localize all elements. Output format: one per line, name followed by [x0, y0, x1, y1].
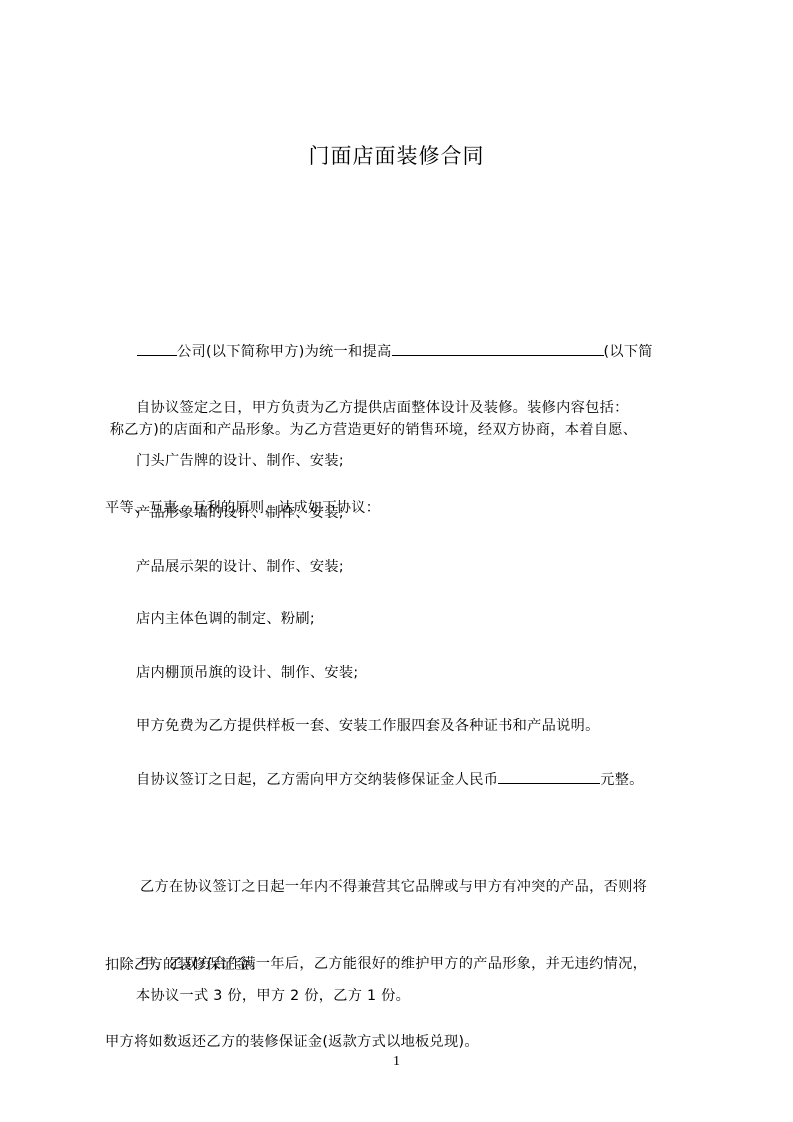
deposit-suffix: 元整。: [600, 772, 643, 788]
intro-line-1-suffix: (以下简: [604, 344, 653, 360]
clause-copies: 本协议一式 3 份，甲方 2 份，乙方 1 份。: [136, 983, 736, 1009]
company-name-blank: [137, 341, 177, 356]
intro-paragraph: 公司(以下简称甲方)为统一和提高(以下简 称乙方)的店面和产品形象。为乙方营造更…: [105, 287, 705, 573]
clause-deposit: 自协议签订之日起，乙方需向甲方交纳装修保证金人民币元整。: [136, 767, 736, 793]
clause-signboard: 门头广告牌的设计、制作、安装;: [136, 448, 736, 474]
document-title: 门面店面装修合同: [0, 141, 793, 171]
refund-line-2: 甲方将如数返还乙方的装修保证金(返款方式以地板兑现)。: [105, 1029, 705, 1055]
clause-color-paint: 店内主体色调的制定、粉刷;: [136, 606, 736, 632]
refund-line-1: 甲、乙双方合作满一年后，乙方能很好的维护甲方的产品形象，并无违约情况，: [105, 951, 705, 977]
document-page: 门面店面装修合同 公司(以下简称甲方)为统一和提高(以下简 称乙方)的店面和产品…: [0, 0, 793, 1122]
intro-line-1-prefix: 公司(以下简称甲方)为统一和提高: [177, 344, 392, 360]
intro-line-1: 公司(以下简称甲方)为统一和提高(以下简: [105, 339, 705, 365]
party-b-name-blank: [392, 341, 604, 356]
clause-image-wall: 产品形象墙的设计、制作、安装;: [136, 500, 736, 526]
clause-free-samples: 甲方免费为乙方提供样板一套、安装工作服四套及各种证书和产品说明。: [136, 713, 736, 739]
exclusivity-line-1-text: 乙方在协议签订之日起一年内不得兼营其它品牌或与甲方有冲突的产品，否则将: [140, 879, 647, 895]
page-number: 1: [0, 1054, 793, 1070]
clause-ceiling-flags: 店内棚顶吊旗的设计、制作、安装;: [136, 660, 736, 686]
deposit-amount-blank: [498, 769, 600, 784]
clause-design-scope: 自协议签定之日，甲方负责为乙方提供店面整体设计及装修。装修内容包括：: [136, 395, 736, 421]
exclusivity-line-1: 乙方在协议签订之日起一年内不得兼营其它品牌或与甲方有冲突的产品，否则将: [105, 874, 705, 900]
deposit-prefix: 自协议签订之日起，乙方需向甲方交纳装修保证金人民币: [136, 772, 498, 788]
refund-line-1-text: 甲、乙双方合作满一年后，乙方能很好的维护甲方的产品形象，并无违约情况，: [140, 956, 647, 972]
clause-display-rack: 产品展示架的设计、制作、安装;: [136, 554, 736, 580]
